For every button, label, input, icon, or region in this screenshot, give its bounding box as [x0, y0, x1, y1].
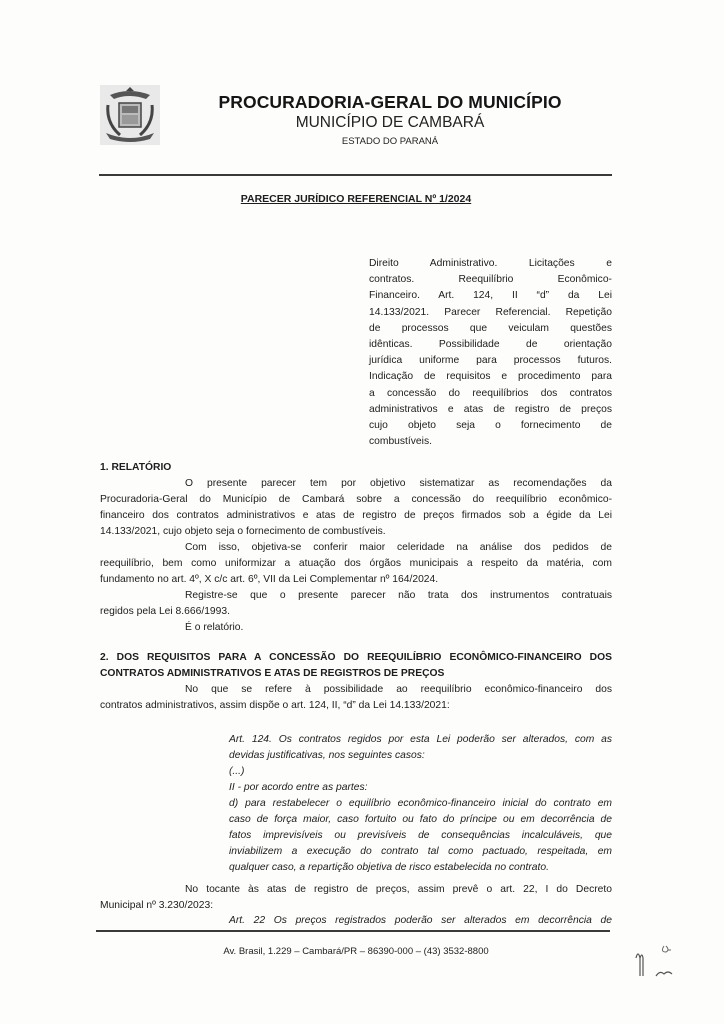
- paragraph-line: É o relatório.: [100, 620, 612, 636]
- paragraph-line: No que se refere à possibilidade ao reeq…: [100, 682, 612, 698]
- paragraph-line: fundamento no art. 4º, X c/c art. 6º, VI…: [100, 572, 612, 588]
- paragraph-line: Municipal nº 3.230/2023:: [100, 898, 612, 914]
- paragraph-line: Com isso, objetiva-se conferir maior cel…: [100, 540, 612, 556]
- section-requisitos: 2. DOS REQUISITOS PARA A CONCESSÃO DO RE…: [100, 650, 612, 714]
- paragraph-line: 14.133/2021, cujo objeto seja o fornecim…: [100, 524, 612, 540]
- handwritten-initials-icon: [630, 938, 690, 988]
- ementa-line: cujo objeto seja o fornecimento de: [369, 418, 612, 434]
- quote-line: inviabilizem a execução do contrato tal …: [229, 844, 612, 860]
- document-page: PROCURADORIA-GERAL DO MUNICÍPIO MUNICÍPI…: [0, 0, 724, 1024]
- paragraph-line: Registre-se que o presente parecer não t…: [100, 588, 612, 604]
- paragraph-line: reequilíbrio, bem como uniformizar a atu…: [100, 556, 612, 572]
- header-divider: [99, 174, 612, 176]
- ementa-line: idênticas. Possibilidade de orientação: [369, 337, 612, 353]
- ementa-line: de processos que veiculam questões: [369, 321, 612, 337]
- ementa-line: Direito Administrativo. Licitações e: [369, 256, 612, 272]
- header-subtitle: MUNICÍPIO DE CAMBARÁ: [160, 114, 620, 132]
- document-title: PARECER JURÍDICO REFERENCIAL Nº 1/2024: [100, 193, 612, 205]
- quote-line: devidas justificativas, nos seguintes ca…: [229, 748, 612, 764]
- coat-of-arms-icon: [100, 85, 160, 145]
- paragraph-atas: No tocante às atas de registro de preços…: [100, 882, 612, 914]
- ementa-line: combustíveis.: [369, 434, 612, 450]
- footer-divider: [96, 930, 610, 932]
- ementa-line: contratos. Reequilíbrio Econômico-: [369, 272, 612, 288]
- legal-quote-art22: Art. 22 Os preços registrados poderão se…: [229, 913, 612, 929]
- section-heading: 2. DOS REQUISITOS PARA A CONCESSÃO DO RE…: [100, 650, 612, 666]
- paragraph-line: regidos pela Lei 8.666/1993.: [100, 604, 612, 620]
- ementa-line: administrativos e atas de registro de pr…: [369, 402, 612, 418]
- header-title: PROCURADORIA-GERAL DO MUNICÍPIO: [160, 92, 620, 113]
- ementa-line: a concessão do reequilíbrios dos contrat…: [369, 386, 612, 402]
- quote-line: fatos imprevisíveis ou previsíveis de co…: [229, 828, 612, 844]
- ementa-block: Direito Administrativo. Licitações e con…: [369, 256, 612, 450]
- legal-quote-art124: Art. 124. Os contratos regidos por esta …: [229, 732, 612, 876]
- quote-line: (...): [229, 764, 612, 780]
- paragraph-line: No tocante às atas de registro de preços…: [100, 882, 612, 898]
- section-heading: 1. RELATÓRIO: [100, 460, 612, 476]
- quote-line: caso de força maior, caso fortuito ou fa…: [229, 812, 612, 828]
- header-state: ESTADO DO PARANÁ: [160, 136, 620, 147]
- footer-address: Av. Brasil, 1.229 – Cambará/PR – 86390-0…: [100, 946, 612, 957]
- paragraph-line: financeiro dos contratos administrativos…: [100, 508, 612, 524]
- paragraph-line: contratos administrativos, assim dispõe …: [100, 698, 612, 714]
- ementa-line: Financeiro. Art. 124, II “d” da Lei: [369, 288, 612, 304]
- ementa-line: jurídica uniforme para processos futuros…: [369, 353, 612, 369]
- quote-line: qualquer caso, a repartição objetiva de …: [229, 860, 612, 876]
- section-relatorio: 1. RELATÓRIO O presente parecer tem por …: [100, 460, 612, 636]
- section-heading: CONTRATOS ADMINISTRATIVOS E ATAS DE REGI…: [100, 666, 612, 682]
- quote-line: II - por acordo entre as partes:: [229, 780, 612, 796]
- paragraph-line: O presente parecer tem por objetivo sist…: [100, 476, 612, 492]
- paragraph-line: Procuradoria-Geral do Município de Camba…: [100, 492, 612, 508]
- quote-line: Art. 22 Os preços registrados poderão se…: [229, 913, 612, 929]
- quote-line: Art. 124. Os contratos regidos por esta …: [229, 732, 612, 748]
- ementa-line: 14.133/2021. Parecer Referencial. Repeti…: [369, 305, 612, 321]
- quote-line: d) para restabelecer o equilíbrio econôm…: [229, 796, 612, 812]
- ementa-line: Indicação de requisitos e procedimento p…: [369, 369, 612, 385]
